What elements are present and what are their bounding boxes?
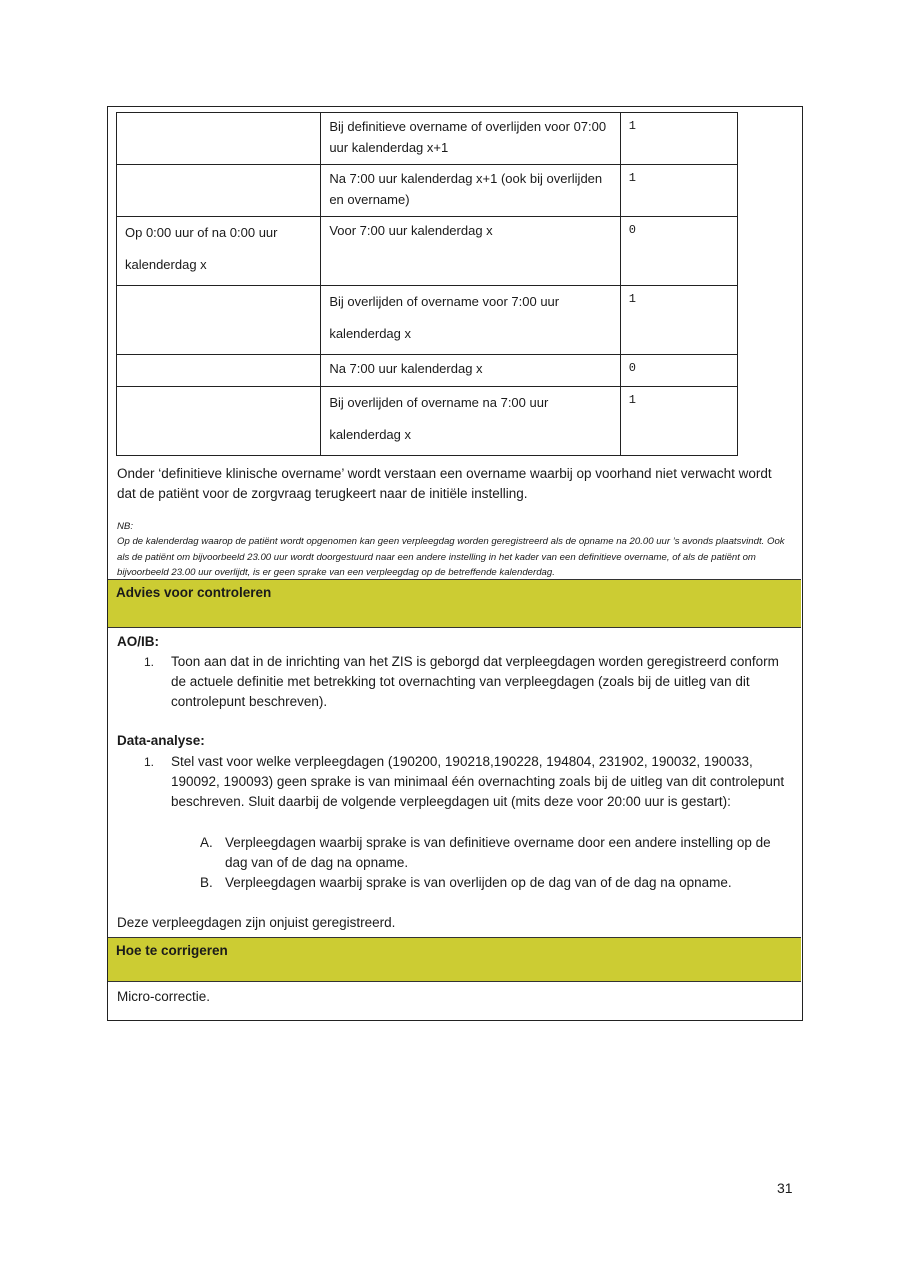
table-cell: Voor 7:00 uur kalenderdag x [321,217,620,286]
definition-paragraph: Onder ‘definitieve klinische overname’ w… [117,464,793,504]
advies-heading: Advies voor controleren [108,579,801,628]
table-cell [117,387,321,456]
control-point-frame: Bij definitieve overname of overlijden v… [107,106,803,1021]
table-cell: Na 7:00 uur kalenderdag x+1 (ook bij ove… [321,165,620,217]
table-cell-value: 1 [620,165,737,217]
list-item: Stel vast voor welke verpleegdagen (1902… [171,752,796,812]
table-row: Bij definitieve overname of overlijden v… [117,113,738,165]
table-cell [117,286,321,355]
table-cell-value: 0 [620,355,737,387]
table-cell: Bij overlijden of overname voor 7:00 uur… [321,286,620,355]
sublist-item: Verpleegdagen waarbij sprake is van defi… [225,833,795,873]
nb-text: Op de kalenderdag waarop de patiënt word… [117,534,797,581]
table-cell [117,165,321,217]
overnight-rules-table: Bij definitieve overname of overlijden v… [116,112,738,456]
table-row: Bij overlijden of overname voor 7:00 uur… [117,286,738,355]
corrigeren-heading: Hoe te corrigeren [108,937,801,982]
table-cell-value: 0 [620,217,737,286]
sublist-letter: A. [200,833,213,853]
table-cell: Bij definitieve overname of overlijden v… [321,113,620,165]
conclusion-text: Deze verpleegdagen zijn onjuist geregist… [117,913,793,933]
table-cell: Na 7:00 uur kalenderdag x [321,355,620,387]
list-item: Toon aan dat in de inrichting van het ZI… [171,652,796,712]
table-cell [117,113,321,165]
sublist-item: Verpleegdagen waarbij sprake is van over… [225,873,795,893]
table-cell: Bij overlijden of overname na 7:00 uur k… [321,387,620,456]
corrigeren-text: Micro-correctie. [117,987,793,1007]
table-row: Na 7:00 uur kalenderdag x+1 (ook bij ove… [117,165,738,217]
list-number: 1. [144,655,154,669]
aoib-label: AO/IB: [117,634,159,649]
page-number: 31 [777,1180,793,1196]
table-row: Op 0:00 uur of na 0:00 uur kalenderdag x… [117,217,738,286]
data-analyse-label: Data-analyse: [117,733,205,748]
table-cell [117,355,321,387]
table-cell-value: 1 [620,113,737,165]
table-row: Bij overlijden of overname na 7:00 uur k… [117,387,738,456]
table-row: Na 7:00 uur kalenderdag x 0 [117,355,738,387]
sublist-letter: B. [200,873,213,893]
nb-label: NB: [117,519,797,535]
table-cell-value: 1 [620,286,737,355]
list-number: 1. [144,755,154,769]
table-cell: Op 0:00 uur of na 0:00 uur kalenderdag x [117,217,321,286]
table-cell-value: 1 [620,387,737,456]
